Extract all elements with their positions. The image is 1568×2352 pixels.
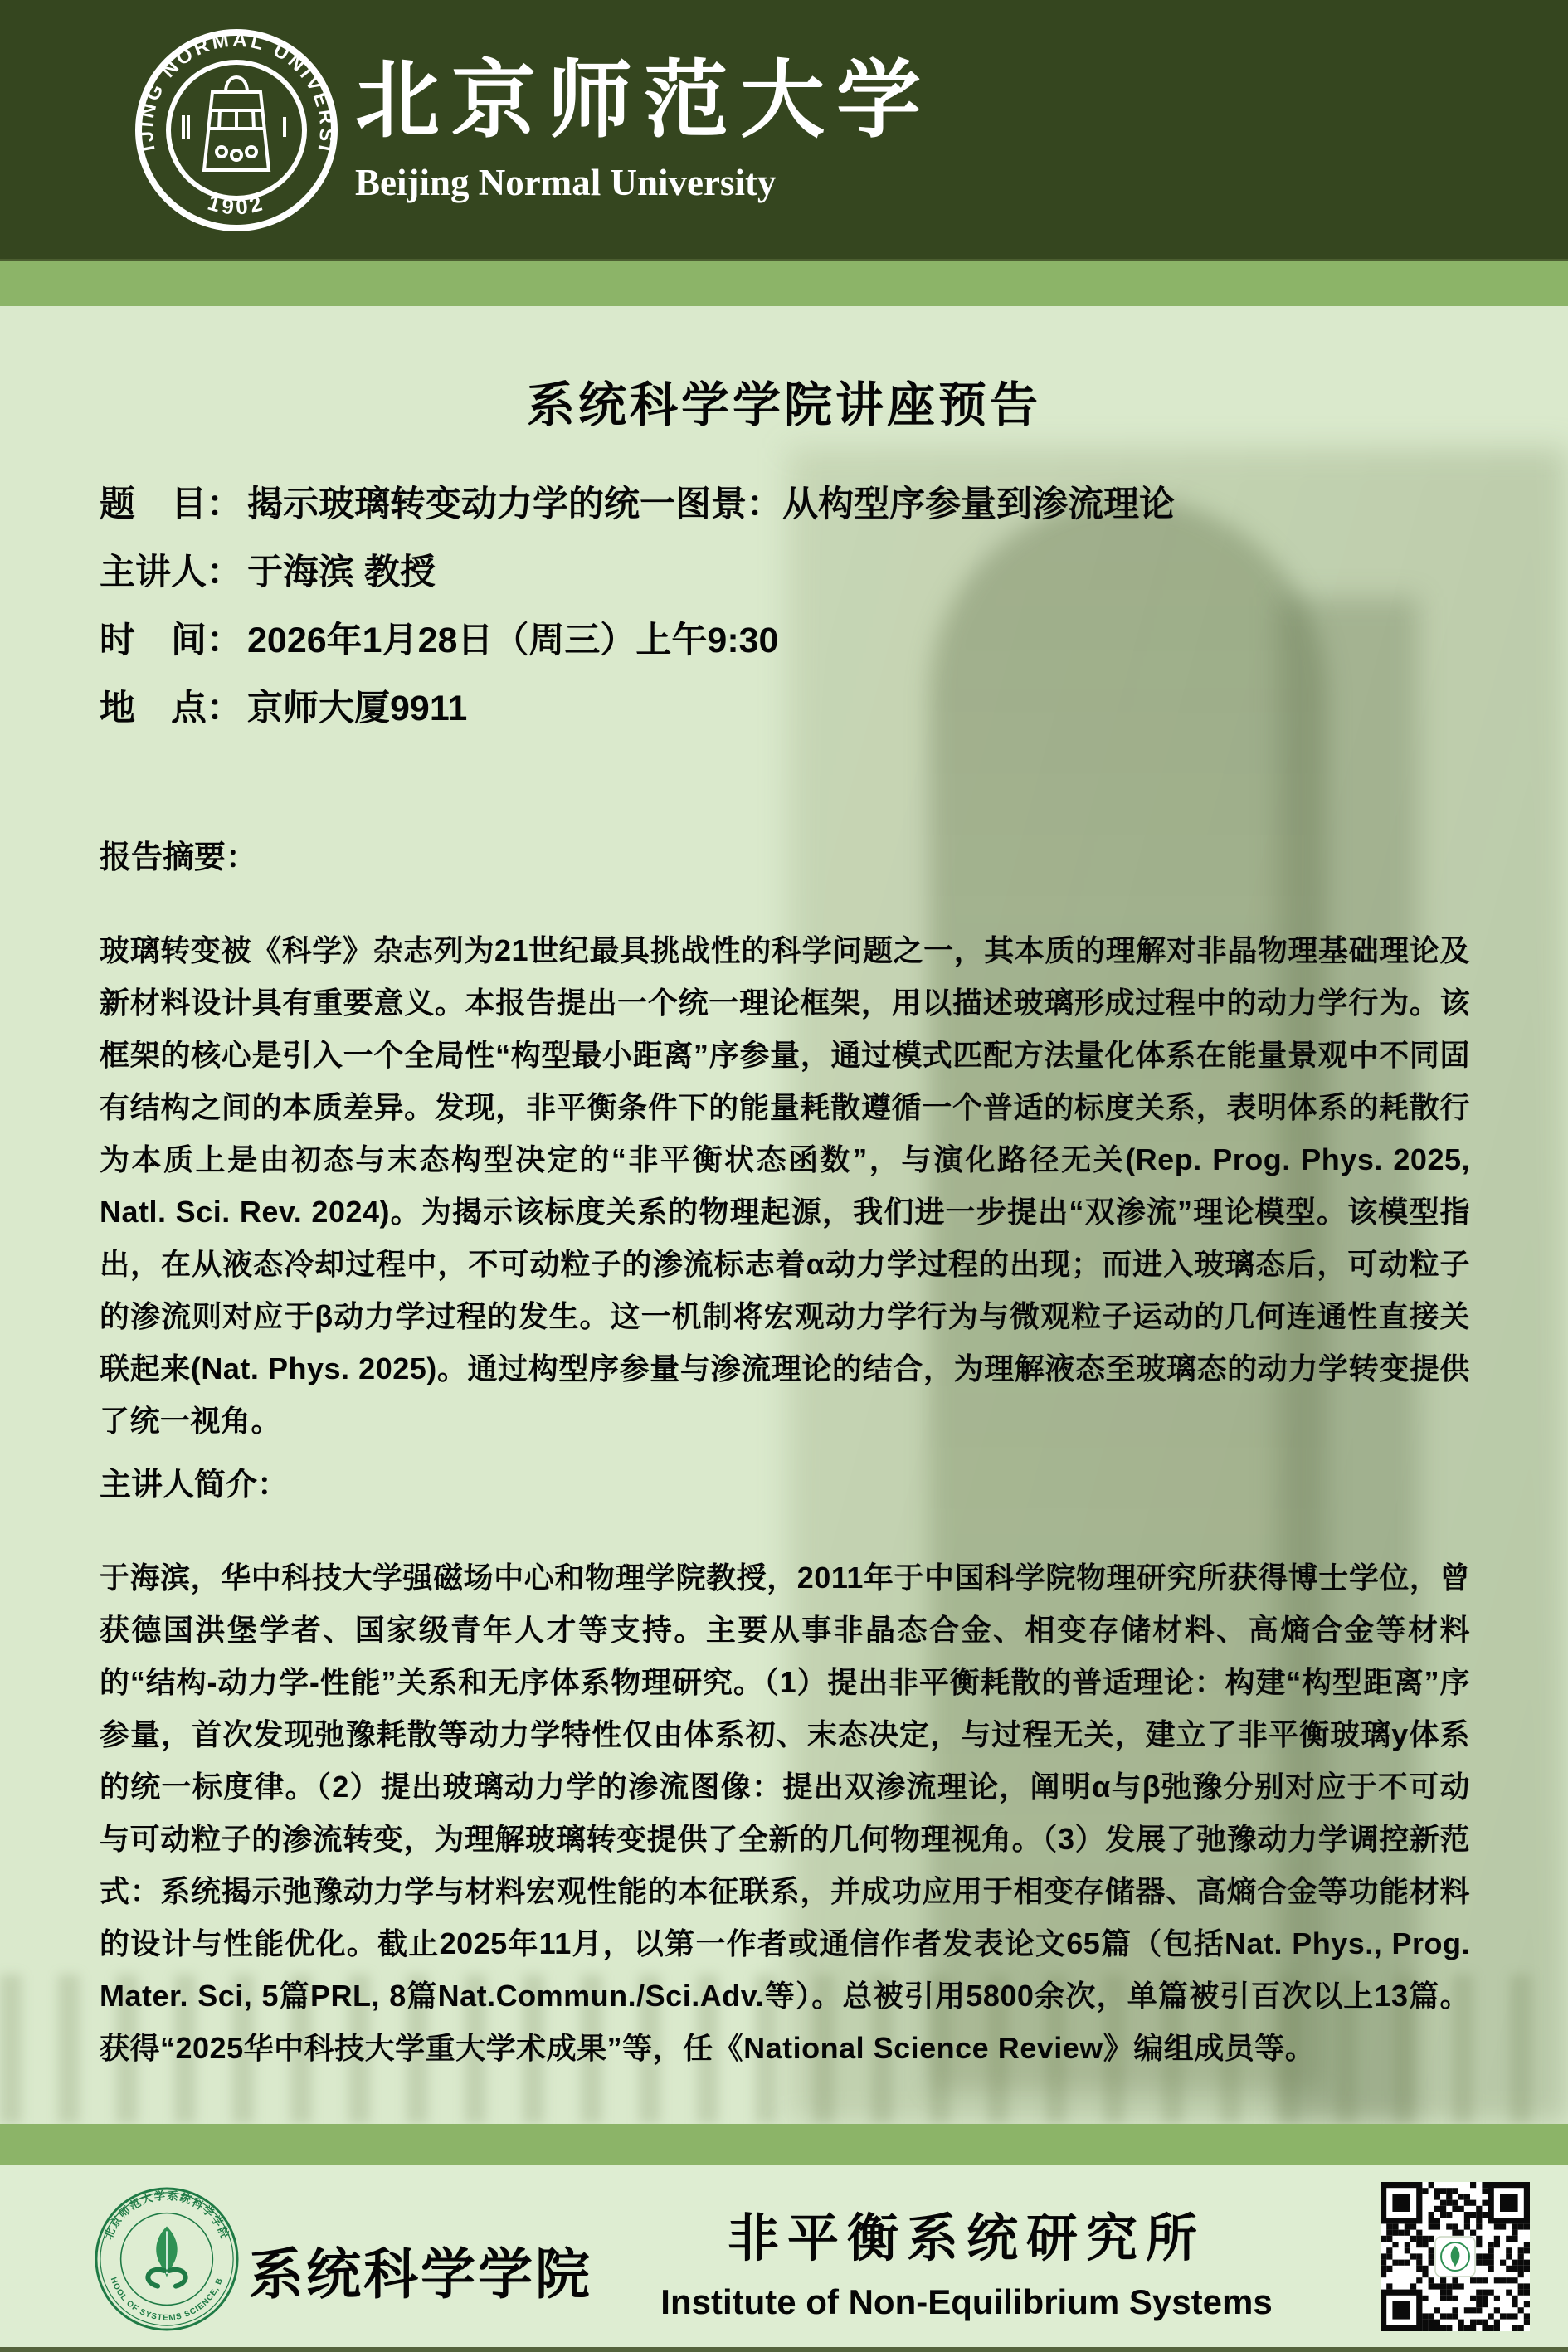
bnu-seal-year: 1902 <box>205 190 268 220</box>
university-brand: 北京师范大学 Beijing Normal University <box>355 48 933 204</box>
school-name: 系统科学学院 <box>249 2230 592 2309</box>
info-row-location: 地 点：京师大厦9911 <box>100 689 1175 728</box>
page-footer: 北京师范大学系统科学学院 SCHOOL OF SYSTEMS SCIENCE, … <box>0 2165 1568 2352</box>
abstract-text: 玻璃转变被《科学》杂志列为21世纪最具挑战性的科学问题之一，其本质的理解对非晶物… <box>100 924 1470 1447</box>
lecture-poster: BEIJING NORMAL UNIVERSITY 1902 <box>0 0 1568 2352</box>
bottom-edge-line <box>0 2347 1568 2352</box>
page-header: BEIJING NORMAL UNIVERSITY 1902 <box>0 0 1568 259</box>
info-row-time: 时 间：2026年1月28日（周三）上午9:30 <box>100 621 1175 660</box>
speaker-label: 主讲人： <box>100 553 242 592</box>
speaker-value: 于海滨 教授 <box>247 553 436 592</box>
time-label: 时 间： <box>100 621 242 660</box>
bnu-bell-icon <box>183 77 285 170</box>
abstract-heading: 报告摘要： <box>100 840 257 876</box>
topic-value: 揭示玻璃转变动力学的统一图景：从构型序参量到渗流理论 <box>247 485 1175 524</box>
leaf-emblem-icon <box>148 2226 185 2286</box>
info-row-speaker: 主讲人：于海滨 教授 <box>100 553 1175 592</box>
svg-text:1902: 1902 <box>205 190 268 220</box>
time-value: 2026年1月28日（周三）上午9:30 <box>247 621 778 660</box>
topic-label: 题 目： <box>100 485 242 524</box>
info-row-topic: 题 目：揭示玻璃转变动力学的统一图景：从构型序参量到渗流理论 <box>100 485 1175 523</box>
institute-block: 非平衡系统研究所 Institute of Non-Equilibrium Sy… <box>572 2165 1361 2322</box>
institute-name-cn: 非平衡系统研究所 <box>572 2197 1361 2271</box>
lecture-info: 题 目：揭示玻璃转变动力学的统一图景：从构型序参量到渗流理论 主讲人：于海滨 教… <box>100 485 1175 757</box>
bio-heading: 主讲人简介： <box>100 1467 289 1503</box>
footer-divider-band <box>0 2124 1568 2165</box>
qr-code <box>1381 2182 1530 2331</box>
bio-text: 于海滨，华中科技大学强磁场中心和物理学院教授，2011年于中国科学院物理研究所获… <box>100 1551 1470 2074</box>
header-divider-band <box>0 259 1568 306</box>
school-seal-logo: 北京师范大学系统科学学院 SCHOOL OF SYSTEMS SCIENCE, … <box>93 2185 241 2333</box>
institute-name-en: Institute of Non-Equilibrium Systems <box>572 2282 1361 2322</box>
location-label: 地 点： <box>100 689 242 728</box>
university-name-cn: 北京师范大学 <box>355 48 933 156</box>
poster-title: 系统科学学院讲座预告 <box>0 366 1568 436</box>
bnu-seal-logo: BEIJING NORMAL UNIVERSITY 1902 <box>133 27 340 234</box>
location-value: 京师大厦9911 <box>247 689 467 728</box>
university-name-en: Beijing Normal University <box>355 161 933 204</box>
